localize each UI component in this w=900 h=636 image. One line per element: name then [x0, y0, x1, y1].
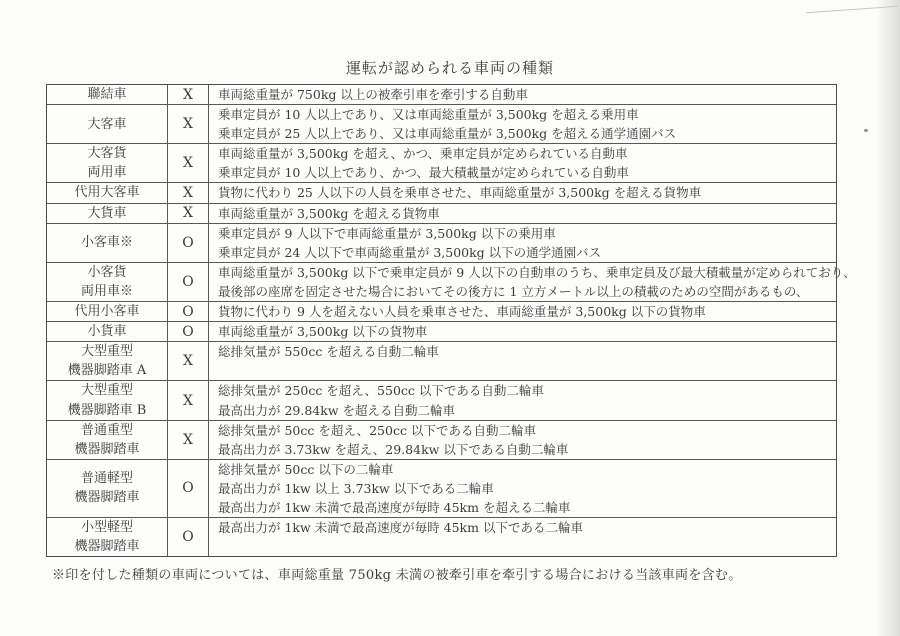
vehicle-type-label: 小客貨 両用車※ — [81, 263, 133, 301]
criteria-cell: 総排気量が 250cc を超え、550cc 以下である自動二輪車最高出力が 29… — [209, 381, 836, 419]
footnote: ※印を付した種類の車両については、車両総重量 750kg 未満の被牽引車を牽引す… — [52, 564, 742, 583]
criteria-line: 最高出力が 3.73kw を超え、29.84kw 以下である自動二輪車 — [218, 440, 836, 459]
permission-mark: X — [183, 185, 193, 201]
criteria-line: 貨物に代わり 9 人を超えない人員を乗車させた、車両総重量が 3,500kg 以… — [218, 302, 836, 321]
permission-mark-cell: O — [168, 302, 209, 321]
vehicle-type-label: 大客貨 両用車 — [87, 144, 126, 182]
table-row: 大型重型 機器脚踏車 AX総排気量が 550cc を超える自動二輪車 — [47, 341, 836, 380]
criteria-line: 最高出力が 1kw 以上 3.73kw 以下である二輪車 — [218, 479, 836, 498]
permission-mark-cell: O — [168, 224, 209, 262]
criteria-line: 最高出力が 1kw 未満で最高速度が毎時 45km を超える二輪車 — [218, 498, 836, 517]
vehicle-type-label: 聯結車 — [87, 85, 126, 104]
criteria-cell: 総排気量が 550cc を超える自動二輪車 — [209, 342, 836, 380]
criteria-line: 最後部の座席を固定させた場合においてその後方に 1 立方メートル以上の積載のため… — [218, 282, 856, 301]
criteria-cell: 車両総重量が 3,500kg を超え、かつ、乗車定員が定められている自動車乗車定… — [209, 144, 836, 182]
criteria-line: 車両総重量が 3,500kg 以下の貨物車 — [218, 322, 836, 341]
permission-mark: X — [183, 432, 193, 448]
permission-mark: X — [183, 393, 193, 409]
table-row: 小型軽型 機器脚踏車O最高出力が 1kw 未満で最高速度が毎時 45km 以下で… — [47, 517, 836, 556]
criteria-cell: 貨物に代わり 25 人以下の人員を乗車させた、車両総重量が 3,500kg を超… — [209, 183, 836, 202]
criteria-line: 乗車定員が 10 人以上であり、又は車両総重量が 3,500kg を超える乗用車 — [218, 105, 836, 124]
vehicle-type-cell: 聯結車 — [47, 85, 168, 104]
vehicle-type-cell: 大客貨 両用車 — [47, 144, 168, 182]
vehicle-type-label: 普通重型 機器脚踏車 — [74, 421, 139, 459]
vehicle-type-cell: 大型重型 機器脚踏車 B — [47, 381, 168, 419]
criteria-line: 総排気量が 50cc 以下の二輪車 — [218, 460, 836, 479]
permission-mark-cell: O — [168, 460, 209, 517]
vehicle-type-label: 普通軽型 機器脚踏車 — [74, 469, 139, 507]
permission-mark: O — [182, 304, 193, 320]
vehicle-type-label: 代用小客車 — [74, 302, 139, 321]
vehicle-type-cell: 大客車 — [47, 105, 168, 143]
permission-mark-cell: O — [168, 518, 209, 556]
vehicle-type-label: 代用大客車 — [74, 183, 139, 202]
permission-mark-cell: X — [168, 204, 209, 223]
criteria-line: 乗車定員が 25 人以上であり、又は車両総重量が 3,500kg を超える通学通… — [218, 124, 836, 143]
table-row: 代用小客車O貨物に代わり 9 人を超えない人員を乗車させた、車両総重量が 3,5… — [47, 301, 836, 321]
criteria-line: 総排気量が 250cc を超え、550cc 以下である自動二輪車 — [218, 381, 836, 400]
permission-mark: X — [183, 205, 193, 221]
vehicle-type-label: 小貨車 — [87, 322, 126, 341]
vehicle-type-cell: 小型軽型 機器脚踏車 — [47, 518, 168, 556]
page-title: 運転が認められる車両の種類 — [0, 57, 900, 78]
vehicle-type-cell: 小客車※ — [47, 224, 168, 262]
vehicle-type-label: 小型軽型 機器脚踏車 — [74, 518, 139, 556]
criteria-cell: 車両総重量が 3,500kg 以下の貨物車 — [209, 322, 836, 341]
criteria-cell: 総排気量が 50cc を超え、250cc 以下である自動二輪車最高出力が 3.7… — [209, 421, 836, 459]
vehicle-type-cell: 大貨車 — [47, 204, 168, 223]
permission-mark-cell: X — [168, 183, 209, 202]
table-row: 普通重型 機器脚踏車X総排気量が 50cc を超え、250cc 以下である自動二… — [47, 420, 836, 459]
permission-mark: X — [183, 353, 193, 369]
permission-mark: X — [183, 116, 193, 132]
vehicle-type-cell: 普通重型 機器脚踏車 — [47, 421, 168, 459]
table-row: 小客車※O乗車定員が 9 人以下で車両総重量が 3,500kg 以下の乗用車乗車… — [47, 223, 836, 262]
permission-mark-cell: O — [168, 322, 209, 341]
permission-mark: X — [183, 87, 193, 103]
criteria-line: 総排気量が 550cc を超える自動二輪車 — [218, 342, 836, 361]
permission-mark: O — [182, 274, 193, 290]
permission-mark-cell: X — [168, 85, 209, 104]
table-row: 小客貨 両用車※O車両総重量が 3,500kg 以下で乗車定員が 9 人以下の自… — [47, 262, 836, 301]
permission-mark: X — [183, 155, 193, 171]
criteria-line: 最高出力が 1kw 未満で最高速度が毎時 45km 以下である二輪車 — [218, 518, 836, 537]
table-row: 小貨車O車両総重量が 3,500kg 以下の貨物車 — [47, 321, 836, 341]
permission-mark: O — [182, 529, 193, 545]
vehicle-type-label: 大型重型 機器脚踏車 B — [68, 381, 147, 419]
vehicle-type-cell: 普通軽型 機器脚踏車 — [47, 460, 168, 517]
vehicle-type-cell: 小貨車 — [47, 322, 168, 341]
table-row: 代用大客車X貨物に代わり 25 人以下の人員を乗車させた、車両総重量が 3,50… — [47, 182, 836, 202]
permission-mark-cell: O — [168, 263, 209, 301]
criteria-line: 車両総重量が 3,500kg 以下で乗車定員が 9 人以下の自動車のうち、乗車定… — [218, 263, 856, 282]
vehicle-type-label: 大貨車 — [87, 204, 126, 223]
scan-edge-shadow — [876, 0, 900, 636]
vehicle-table: 聯結車X車両総重量が 750kg 以上の被牽引車を牽引する自動車大客車X乗車定員… — [46, 84, 837, 557]
vehicle-type-cell: 代用小客車 — [47, 302, 168, 321]
criteria-line: 車両総重量が 3,500kg を超え、かつ、乗車定員が定められている自動車 — [218, 144, 836, 163]
criteria-line: 乗車定員が 10 人以上であり、かつ、最大積載量が定められている自動車 — [218, 163, 836, 182]
vehicle-type-label: 大型重型 機器脚踏車 A — [68, 342, 147, 380]
criteria-line: 最高出力が 29.84kw を超える自動二輪車 — [218, 401, 836, 420]
permission-mark: O — [182, 324, 193, 340]
table-row: 大客車X乗車定員が 10 人以上であり、又は車両総重量が 3,500kg を超え… — [47, 104, 836, 143]
criteria-line: 車両総重量が 750kg 以上の被牽引車を牽引する自動車 — [218, 85, 836, 104]
vehicle-type-cell: 小客貨 両用車※ — [47, 263, 168, 301]
criteria-line: 車両総重量が 3,500kg を超える貨物車 — [218, 204, 836, 223]
criteria-cell: 車両総重量が 3,500kg 以下で乗車定員が 9 人以下の自動車のうち、乗車定… — [209, 263, 856, 301]
table-row: 大客貨 両用車X車両総重量が 3,500kg を超え、かつ、乗車定員が定められて… — [47, 143, 836, 182]
table-row: 大型重型 機器脚踏車 BX総排気量が 250cc を超え、550cc 以下である… — [47, 380, 836, 419]
criteria-cell: 最高出力が 1kw 未満で最高速度が毎時 45km 以下である二輪車 — [209, 518, 836, 556]
permission-mark: O — [182, 480, 193, 496]
vehicle-type-label: 小客車※ — [81, 233, 133, 252]
permission-mark-cell: X — [168, 105, 209, 143]
scan-artifact-line — [806, 6, 898, 13]
vehicle-type-cell: 代用大客車 — [47, 183, 168, 202]
vehicle-type-cell: 大型重型 機器脚踏車 A — [47, 342, 168, 380]
criteria-cell: 車両総重量が 750kg 以上の被牽引車を牽引する自動車 — [209, 85, 836, 104]
table-row: 普通軽型 機器脚踏車O総排気量が 50cc 以下の二輪車最高出力が 1kw 以上… — [47, 459, 836, 517]
criteria-cell: 乗車定員が 10 人以上であり、又は車両総重量が 3,500kg を超える乗用車… — [209, 105, 836, 143]
criteria-line: 乗車定員が 9 人以下で車両総重量が 3,500kg 以下の乗用車 — [218, 224, 836, 243]
table-row: 大貨車X車両総重量が 3,500kg を超える貨物車 — [47, 203, 836, 223]
criteria-cell: 貨物に代わり 9 人を超えない人員を乗車させた、車両総重量が 3,500kg 以… — [209, 302, 836, 321]
criteria-line: 貨物に代わり 25 人以下の人員を乗車させた、車両総重量が 3,500kg を超… — [218, 183, 836, 202]
table-row: 聯結車X車両総重量が 750kg 以上の被牽引車を牽引する自動車 — [47, 85, 836, 104]
permission-mark-cell: X — [168, 144, 209, 182]
permission-mark-cell: X — [168, 381, 209, 419]
permission-mark: O — [182, 235, 193, 251]
permission-mark-cell: X — [168, 342, 209, 380]
scan-speck — [864, 129, 868, 132]
criteria-cell: 乗車定員が 9 人以下で車両総重量が 3,500kg 以下の乗用車乗車定員が 2… — [209, 224, 836, 262]
criteria-line: 乗車定員が 24 人以下で車両総重量が 3,500kg 以下の通学通園バス — [218, 243, 836, 262]
criteria-line: 総排気量が 50cc を超え、250cc 以下である自動二輪車 — [218, 421, 836, 440]
criteria-cell: 車両総重量が 3,500kg を超える貨物車 — [209, 204, 836, 223]
permission-mark-cell: X — [168, 421, 209, 459]
criteria-cell: 総排気量が 50cc 以下の二輪車最高出力が 1kw 以上 3.73kw 以下で… — [209, 460, 836, 517]
vehicle-type-label: 大客車 — [87, 115, 126, 134]
